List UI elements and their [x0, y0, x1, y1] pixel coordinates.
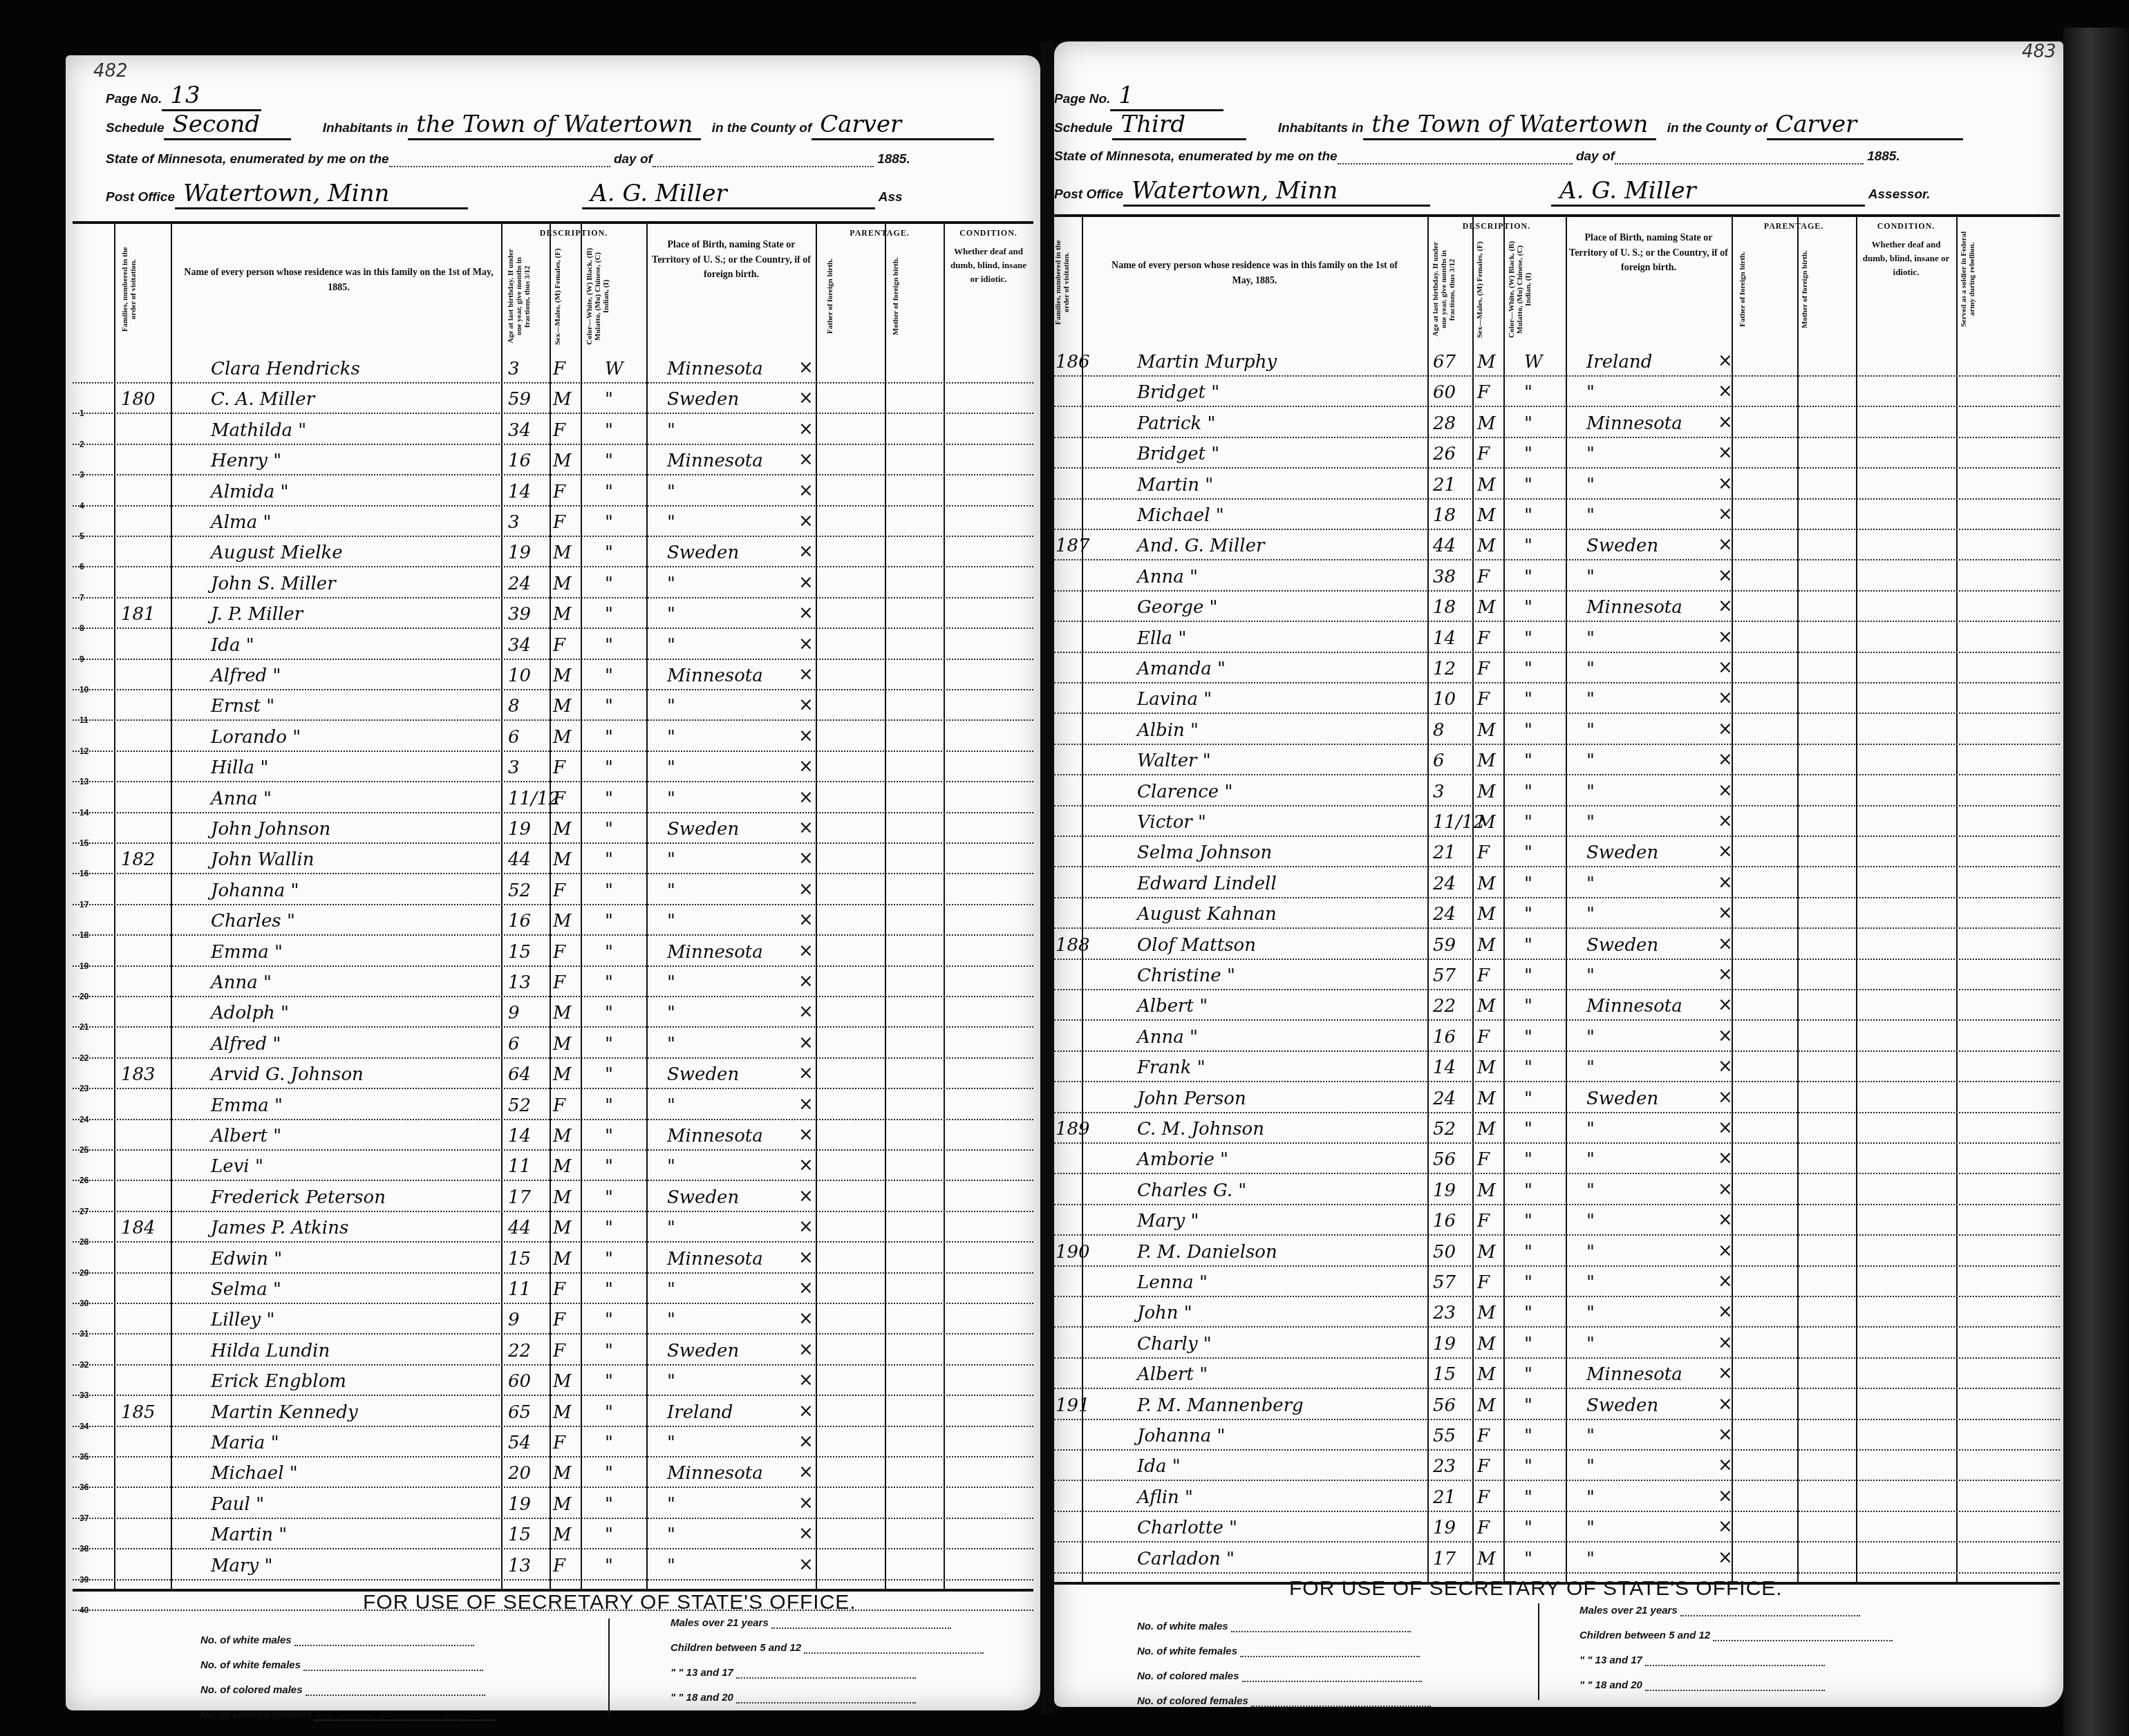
left-census-page: 482 Page No.13 ScheduleSecond Inhabitant… — [66, 55, 1040, 1710]
sex-value: F — [1477, 1211, 1490, 1232]
father-foreign-mark: × — [1718, 1240, 1733, 1261]
age-value: 19 — [1433, 1180, 1456, 1201]
father-foreign-mark: × — [1718, 1394, 1733, 1415]
age-value: 18 — [1433, 505, 1456, 526]
sex-value: F — [553, 1341, 565, 1361]
person-name: Adolph " — [211, 1003, 289, 1023]
birthplace-value: " — [667, 696, 675, 717]
birthplace-value: " — [1586, 628, 1595, 649]
table-row: Aflin "21F""× — [1054, 1484, 2060, 1512]
col-mother-foreign: Mother of foreign birth. — [892, 245, 937, 348]
table-row: 188Olof Mattson59M"Sweden× — [1054, 932, 2060, 960]
father-foreign-mark: × — [1718, 749, 1733, 770]
person-name: Amanda " — [1137, 659, 1226, 679]
age-value: 3 — [508, 757, 520, 778]
color-value: " — [605, 1371, 613, 1392]
age-value: 28 — [1433, 413, 1456, 434]
color-value: " — [605, 1279, 613, 1300]
sex-value: F — [1477, 1426, 1490, 1446]
sex-value: M — [1477, 720, 1496, 741]
table-row: 25Albert "14M"Minnesota× — [73, 1122, 1033, 1151]
family-number: 190 — [1056, 1242, 1090, 1263]
sex-value: M — [553, 819, 572, 840]
sex-value: F — [1477, 628, 1490, 649]
father-foreign-mark: × — [1718, 596, 1733, 616]
age-value: 34 — [508, 420, 531, 441]
color-value: " — [1524, 505, 1532, 526]
sex-value: M — [553, 542, 572, 563]
table-row: Clara Hendricks3FWMinnesota× — [73, 355, 1033, 384]
father-foreign-mark: × — [798, 388, 814, 408]
birthplace-value: " — [667, 574, 675, 594]
birthplace-value: " — [1586, 904, 1595, 925]
person-name: Maria " — [211, 1433, 279, 1453]
table-row: Anna "16F""× — [1054, 1023, 2060, 1052]
color-value: " — [605, 1556, 613, 1576]
age-value: 11 — [508, 1156, 531, 1177]
sex-value: M — [1477, 1549, 1496, 1569]
color-value: " — [605, 942, 613, 963]
birthplace-value: Sweden — [667, 542, 739, 563]
table-row: Charly "19M""× — [1054, 1330, 2060, 1359]
sex-value: M — [553, 1494, 572, 1515]
table-row: 22Alfred "6M""× — [73, 1030, 1033, 1059]
father-foreign-mark: × — [798, 572, 814, 593]
sex-value: M — [1477, 1395, 1496, 1416]
birthplace-value: " — [667, 757, 675, 778]
sex-value: F — [1477, 842, 1490, 863]
birthplace-value: " — [1586, 1027, 1595, 1048]
age-value: 15 — [1433, 1364, 1456, 1385]
table-row: John Person24M"Sweden× — [1054, 1085, 2060, 1113]
footer-field: Males over 21 years — [1579, 1605, 1860, 1616]
book-edge — [2063, 28, 2129, 1736]
age-value: 23 — [1433, 1456, 1456, 1477]
father-foreign-mark: × — [798, 848, 814, 869]
table-row: 17Johanna "52F""× — [73, 877, 1033, 905]
sex-value: M — [553, 1003, 572, 1023]
person-name: Paul " — [211, 1494, 264, 1515]
person-name: Lilley " — [211, 1310, 275, 1330]
father-foreign-mark: × — [1718, 412, 1733, 433]
sex-value: F — [553, 1433, 565, 1453]
table-row: Frank "14M""× — [1054, 1054, 2060, 1082]
sex-value: F — [1477, 659, 1490, 679]
col-age: Age at last birthday. If under one year,… — [1432, 238, 1469, 341]
color-value: " — [1524, 1149, 1532, 1170]
table-row: 36Michael "20M"Minnesota× — [73, 1460, 1033, 1488]
age-value: 20 — [508, 1463, 531, 1484]
group-description: DESCRIPTION. — [501, 228, 646, 238]
sex-value: M — [553, 1156, 572, 1177]
birthplace-value: Minnesota — [667, 1126, 763, 1147]
father-foreign-mark: × — [798, 1339, 814, 1360]
age-value: 6 — [508, 1034, 520, 1055]
age-value: 21 — [1433, 842, 1456, 863]
birthplace-value: Minnesota — [1586, 996, 1682, 1017]
family-number: 184 — [121, 1218, 156, 1238]
color-value: " — [1524, 659, 1532, 679]
person-name: Ida " — [1137, 1456, 1181, 1477]
sex-value: M — [1477, 597, 1496, 618]
father-foreign-mark: × — [1718, 1087, 1733, 1108]
age-value: 19 — [508, 819, 531, 840]
person-name: Albert " — [1137, 1364, 1208, 1385]
father-foreign-mark: × — [798, 1124, 814, 1145]
table-row: 13Hilla "3F""× — [73, 754, 1033, 782]
sex-value: M — [553, 1463, 572, 1484]
age-value: 52 — [1433, 1119, 1456, 1140]
census-year: 1885. — [1867, 149, 1900, 164]
table-row: 34185Martin Kennedy65M"Ireland× — [73, 1399, 1033, 1427]
sex-value: F — [1477, 1272, 1490, 1293]
person-name: Clara Hendricks — [211, 359, 360, 379]
table-row: 30Selma "11F""× — [73, 1276, 1033, 1304]
birthplace-value: " — [1586, 1057, 1595, 1078]
color-value: " — [1524, 965, 1532, 986]
sex-value: M — [1477, 413, 1496, 434]
age-value: 9 — [508, 1003, 520, 1023]
birthplace-value: " — [1586, 1549, 1595, 1569]
table-row: Selma Johnson21F"Sweden× — [1054, 839, 2060, 867]
father-foreign-mark: × — [798, 818, 814, 838]
age-value: 19 — [1433, 1334, 1456, 1355]
color-value: " — [1524, 1242, 1532, 1263]
person-name: Olof Mattson — [1137, 935, 1256, 956]
age-value: 57 — [1433, 1272, 1456, 1293]
birthplace-value: " — [667, 972, 675, 993]
table-row: 20Anna "13F""× — [73, 969, 1033, 997]
person-name: C. A. Miller — [211, 389, 315, 410]
sex-value: M — [1477, 352, 1496, 372]
person-name: Aflin " — [1137, 1487, 1193, 1508]
person-name: Henry " — [211, 451, 281, 471]
color-value: " — [605, 604, 613, 625]
age-value: 11/12 — [508, 789, 560, 809]
father-foreign-mark: × — [798, 419, 814, 440]
father-foreign-mark: × — [798, 1094, 814, 1115]
birthplace-value: " — [667, 1156, 675, 1177]
schedule-value: Second — [164, 111, 291, 140]
sex-value: M — [1477, 874, 1496, 894]
color-value: " — [1524, 720, 1532, 741]
age-value: 18 — [1433, 597, 1456, 618]
sex-value: M — [553, 849, 572, 870]
sex-value: F — [553, 635, 565, 656]
sex-value: M — [1477, 782, 1496, 802]
color-value: " — [1524, 1027, 1532, 1048]
color-value: " — [1524, 1456, 1532, 1477]
color-value: " — [605, 1341, 613, 1361]
table-row: 18Charles "16M""× — [73, 907, 1033, 936]
age-value: 60 — [508, 1371, 531, 1392]
person-name: P. M. Danielson — [1137, 1242, 1277, 1263]
family-number: 181 — [121, 604, 156, 625]
color-value: " — [605, 972, 613, 993]
color-value: " — [1524, 536, 1532, 556]
birthplace-value: Minnesota — [667, 1463, 763, 1484]
color-value: " — [605, 574, 613, 594]
father-foreign-mark: × — [1718, 565, 1733, 586]
sex-value: F — [1477, 1456, 1490, 1477]
footer-field: No. of colored males — [1137, 1670, 1422, 1682]
birthplace-value: Minnesota — [667, 942, 763, 963]
col-father-foreign: Father of foreign birth. — [826, 245, 874, 348]
age-value: 11 — [508, 1279, 531, 1300]
age-value: 15 — [508, 1525, 531, 1545]
age-value: 14 — [508, 1126, 531, 1147]
age-value: 16 — [1433, 1027, 1456, 1048]
table-row: August Kahnan24M""× — [1054, 900, 2060, 929]
person-name: Lenna " — [1137, 1272, 1208, 1293]
birthplace-value: " — [667, 512, 675, 533]
age-value: 24 — [508, 574, 531, 594]
group-condition: CONDITION. — [1856, 221, 1956, 232]
color-value: " — [1524, 413, 1532, 434]
father-foreign-mark: × — [798, 1523, 814, 1544]
color-value: " — [605, 1249, 613, 1270]
sex-value: F — [553, 880, 565, 901]
table-row: 7John S. Miller24M""× — [73, 570, 1033, 598]
sex-value: M — [553, 1034, 572, 1055]
sex-value: F — [553, 359, 565, 379]
color-value: " — [605, 1003, 613, 1023]
sex-value: M — [1477, 1242, 1496, 1263]
state-line: State of Minnesota, enumerated by me on … — [106, 152, 910, 167]
birthplace-value: " — [1586, 720, 1595, 741]
table-row: Bridget "60F""× — [1054, 379, 2060, 407]
table-row: Ella "14F""× — [1054, 625, 2060, 653]
age-value: 59 — [1433, 935, 1456, 956]
post-office-line: Post OfficeWatertown, Minn A. G. Miller … — [1054, 177, 1931, 207]
col-mother-foreign: Mother of foreign birth. — [1801, 238, 1853, 341]
table-row: Mary "16F""× — [1054, 1207, 2060, 1236]
birthplace-value: " — [667, 1525, 675, 1545]
birthplace-value: Sweden — [667, 1064, 739, 1085]
table-row: Johanna "55F""× — [1054, 1422, 2060, 1451]
color-value: " — [1524, 1364, 1532, 1385]
table-row: 10Alfred "10M"Minnesota× — [73, 662, 1033, 690]
person-name: Anna " — [1137, 567, 1198, 587]
person-name: Almida " — [211, 482, 288, 502]
sex-value: F — [1477, 382, 1490, 403]
sex-value: F — [1477, 444, 1490, 464]
birthplace-value: " — [1586, 1272, 1595, 1293]
father-foreign-mark: × — [798, 603, 814, 623]
father-foreign-mark: × — [1718, 442, 1733, 463]
age-value: 23 — [1433, 1303, 1456, 1323]
county-value: Carver — [1767, 111, 1963, 140]
col-age: Age at last birthday. If under one year,… — [507, 245, 545, 348]
father-foreign-mark: × — [1718, 1301, 1733, 1322]
father-foreign-mark: × — [798, 1462, 814, 1482]
sex-value: M — [553, 696, 572, 717]
color-value: " — [1524, 1088, 1532, 1109]
person-name: Albin " — [1137, 720, 1199, 741]
person-name: George " — [1137, 597, 1218, 618]
father-foreign-mark: × — [798, 357, 814, 378]
birthplace-value: " — [1586, 505, 1595, 526]
sex-value: F — [553, 789, 565, 809]
father-foreign-mark: × — [798, 634, 814, 654]
table-row: 23183Arvid G. Johnson64M"Sweden× — [73, 1061, 1033, 1089]
color-value: " — [1524, 597, 1532, 618]
color-value: " — [1524, 1180, 1532, 1201]
father-foreign-mark: × — [798, 1001, 814, 1022]
table-row: George "18M"Minnesota× — [1054, 594, 2060, 622]
age-value: 54 — [508, 1433, 531, 1453]
birthplace-value: " — [1586, 1426, 1595, 1446]
birthplace-value: " — [667, 1003, 675, 1023]
birthplace-value: " — [667, 727, 675, 748]
table-row: 3Henry "16M"Minnesota× — [73, 447, 1033, 475]
birthplace-value: Minnesota — [667, 451, 763, 471]
footer-field: No. of white males — [200, 1634, 474, 1646]
group-description: DESCRIPTION. — [1427, 221, 1566, 232]
birthplace-value: " — [667, 849, 675, 870]
color-value: " — [605, 542, 613, 563]
person-name: Albert " — [1137, 996, 1208, 1017]
birthplace-value: " — [667, 420, 675, 441]
sex-value: M — [1477, 1303, 1496, 1323]
sex-value: M — [1477, 904, 1496, 925]
table-row: Lavina "10F""× — [1054, 686, 2060, 714]
father-foreign-mark: × — [798, 1308, 814, 1329]
family-number: 189 — [1056, 1119, 1090, 1140]
person-name: Alfred " — [211, 1034, 281, 1055]
father-foreign-mark: × — [1718, 1179, 1733, 1200]
table-row: 187And. G. Miller44M"Sweden× — [1054, 532, 2060, 560]
footer-field: Children between 5 and 12 — [670, 1642, 984, 1654]
person-name: Martin " — [1137, 475, 1213, 496]
person-name: Alfred " — [211, 666, 281, 686]
person-name: John Wallin — [211, 849, 315, 870]
father-foreign-mark: × — [798, 449, 814, 470]
person-name: Clarence " — [1137, 782, 1232, 802]
age-value: 50 — [1433, 1242, 1456, 1263]
birthplace-value: " — [1586, 1334, 1595, 1355]
color-value: W — [1524, 352, 1543, 372]
father-foreign-mark: × — [1718, 872, 1733, 893]
person-name: Mathilda " — [211, 420, 306, 441]
footer-field: " " 13 and 17 — [670, 1667, 916, 1679]
birthplace-value: " — [1586, 1303, 1595, 1323]
table-row: 38Martin "15M""× — [73, 1521, 1033, 1549]
inhabitants-value: the Town of Watertown — [1363, 111, 1656, 140]
footer-field: No. of white females — [200, 1659, 483, 1671]
sex-value: M — [553, 1218, 572, 1238]
person-name: Martin " — [211, 1525, 287, 1545]
birthplace-value: " — [667, 1556, 675, 1576]
birthplace-value: Sweden — [667, 1341, 739, 1361]
person-name: Emma " — [211, 1095, 283, 1116]
person-name: Martin Kennedy — [211, 1402, 358, 1423]
birthplace-value: " — [667, 1034, 675, 1055]
col-condition: Whether deaf and dumb, blind, insane or … — [947, 245, 1030, 286]
table-row: 16182John Wallin44M""× — [73, 846, 1033, 874]
birthplace-value: Minnesota — [667, 666, 763, 686]
age-value: 3 — [508, 512, 520, 533]
father-foreign-mark: × — [1718, 473, 1733, 494]
birthplace-value: " — [667, 1371, 675, 1392]
person-name: Edwin " — [211, 1249, 282, 1270]
birthplace-value: " — [1586, 689, 1595, 710]
person-name: Charles " — [211, 911, 295, 932]
birthplace-value: " — [1586, 1180, 1595, 1201]
birthplace-value: " — [1586, 1456, 1595, 1477]
table-row: 9Ida "34F""× — [73, 632, 1033, 660]
person-name: Anna " — [1137, 1027, 1198, 1048]
father-foreign-mark: × — [1718, 1056, 1733, 1077]
footer-title: FOR USE OF SECRETARY OF STATE'S OFFICE. — [1289, 1577, 1783, 1601]
col-families: Families, numbered in the order of visit… — [121, 238, 162, 341]
col-families: Families, numbered in the order of visit… — [1054, 231, 1080, 334]
person-name: Amborie " — [1137, 1149, 1228, 1170]
color-value: " — [605, 1218, 613, 1238]
father-foreign-mark: × — [1718, 1486, 1733, 1507]
person-name: Walter " — [1137, 751, 1211, 771]
person-name: Lorando " — [211, 727, 301, 748]
table-row: 33Erick Engblom60M""× — [73, 1368, 1033, 1396]
col-name: Name of every person whose residence was… — [183, 265, 494, 295]
table-row: 29Edwin "15M"Minnesota× — [73, 1245, 1033, 1274]
row-number: 40 — [79, 1605, 88, 1615]
color-value: " — [605, 789, 613, 809]
family-number: 187 — [1056, 536, 1090, 556]
sex-value: M — [1477, 935, 1496, 956]
table-row: Clarence "3M""× — [1054, 778, 2060, 806]
footer-field: No. of white males — [1137, 1621, 1411, 1632]
father-foreign-mark: × — [798, 541, 814, 562]
color-value: " — [605, 1463, 613, 1484]
birthplace-value: " — [667, 789, 675, 809]
birthplace-value: " — [1586, 782, 1595, 802]
table-row: Martin "21M""× — [1054, 471, 2060, 500]
footer-field: Children between 5 and 12 — [1579, 1630, 1893, 1641]
birthplace-value: Ireland — [1586, 352, 1652, 372]
sex-value: M — [553, 1402, 572, 1423]
col-name: Name of every person whose residence was… — [1109, 258, 1400, 288]
table-row: Michael "18M""× — [1054, 502, 2060, 530]
father-foreign-mark: × — [1718, 1363, 1733, 1384]
father-foreign-mark: × — [1718, 1516, 1733, 1537]
father-foreign-mark: × — [798, 1370, 814, 1390]
birthplace-value: Sweden — [667, 1187, 739, 1208]
birthplace-value: " — [667, 635, 675, 656]
person-name: Albert " — [211, 1126, 281, 1147]
color-value: " — [605, 389, 613, 410]
color-value: " — [1524, 1549, 1532, 1569]
age-value: 14 — [1433, 628, 1456, 649]
age-value: 15 — [508, 1249, 531, 1270]
age-value: 6 — [508, 727, 520, 748]
color-value: " — [605, 727, 613, 748]
person-name: Victor " — [1137, 812, 1206, 833]
table-row: Charles G. "19M""× — [1054, 1177, 2060, 1205]
birthplace-value: " — [1586, 1119, 1595, 1140]
person-name: Christine " — [1137, 965, 1235, 986]
table-row: Ida "23F""× — [1054, 1453, 2060, 1481]
table-row: 28184James P. Atkins44M""× — [73, 1214, 1033, 1243]
sex-value: M — [553, 1064, 572, 1085]
census-table-left: Families, numbered in the order of visit… — [73, 221, 1033, 1592]
person-name: P. M. Mannenberg — [1137, 1395, 1304, 1416]
person-name: C. M. Johnson — [1137, 1119, 1264, 1140]
age-value: 26 — [1433, 444, 1456, 464]
col-father-foreign: Father of foreign birth. — [1738, 238, 1790, 341]
family-number: 183 — [121, 1064, 156, 1085]
birthplace-value: Sweden — [1586, 1395, 1658, 1416]
